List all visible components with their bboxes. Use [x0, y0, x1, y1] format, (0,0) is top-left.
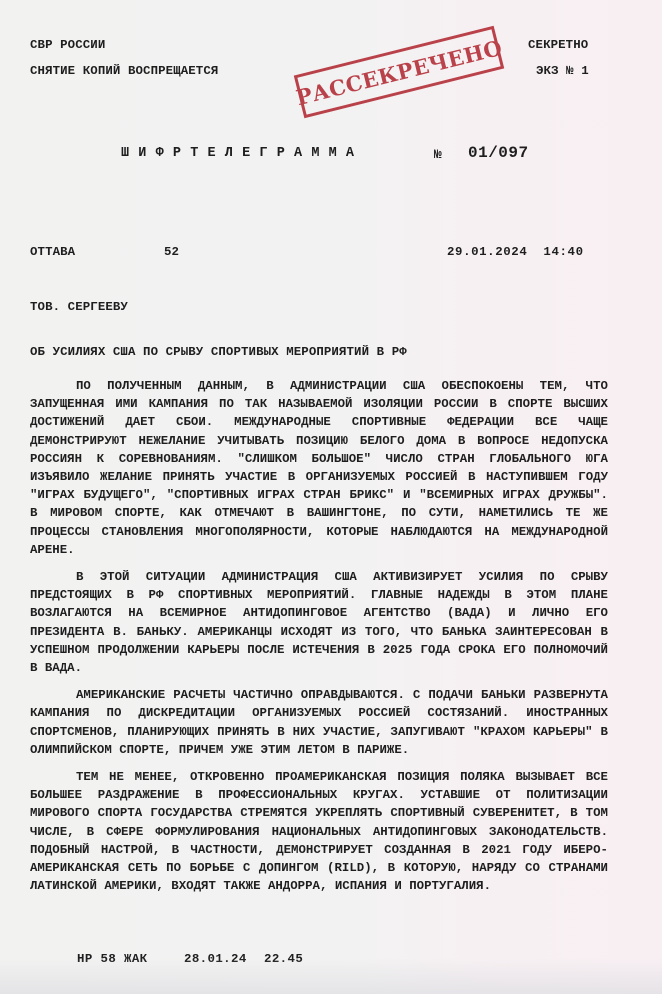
page-bottom-shadow — [0, 958, 662, 994]
body-paragraph: ТЕМ НЕ МЕНЕЕ, ОТКРОВЕННО ПРОАМЕРИКАНСКАЯ… — [30, 768, 608, 895]
agency-name: СВР РОССИИ — [30, 38, 105, 52]
subject-line: ОБ УСИЛИЯХ США ПО СРЫВУ СПОРТИВЫХ МЕРОПР… — [30, 345, 407, 359]
body-paragraph: В ЭТОЙ СИТУАЦИИ АДМИНИСТРАЦИЯ США АКТИВИ… — [30, 568, 608, 677]
copy-number: ЭКЗ № 1 — [536, 64, 589, 78]
number-sign: № — [434, 147, 442, 162]
document-title: ШИФРТЕЛЕГРАММА — [121, 146, 363, 161]
stamp-text: РАССЕКРЕЧЕНО — [293, 34, 504, 109]
declassified-stamp: РАССЕКРЕЧЕНО — [294, 26, 505, 119]
telegram-number: 01/097 — [468, 144, 529, 162]
origin-city: ОТТАВА — [30, 245, 75, 259]
origin-code: 52 — [164, 245, 179, 259]
body-paragraph: АМЕРИКАНСКИЕ РАСЧЕТЫ ЧАСТИЧНО ОПРАВДЫВАЮ… — [30, 686, 608, 759]
classification-label: СЕКРЕТНО — [528, 38, 588, 52]
telegram-document: СВР РОССИИ СНЯТИЕ КОПИЙ ВОСПРЕЩАЕТСЯ РАС… — [0, 0, 662, 994]
body-text: ПО ПОЛУЧЕННЫМ ДАННЫМ, В АДМИНИСТРАЦИИ СШ… — [30, 377, 608, 904]
copy-prohibited-notice: СНЯТИЕ КОПИЙ ВОСПРЕЩАЕТСЯ — [30, 64, 218, 78]
body-paragraph: ПО ПОЛУЧЕННЫМ ДАННЫМ, В АДМИНИСТРАЦИИ СШ… — [30, 377, 608, 559]
send-datetime: 29.01.2024 14:40 — [447, 245, 584, 259]
addressee: ТОВ. СЕРГЕЕВУ — [30, 300, 128, 314]
